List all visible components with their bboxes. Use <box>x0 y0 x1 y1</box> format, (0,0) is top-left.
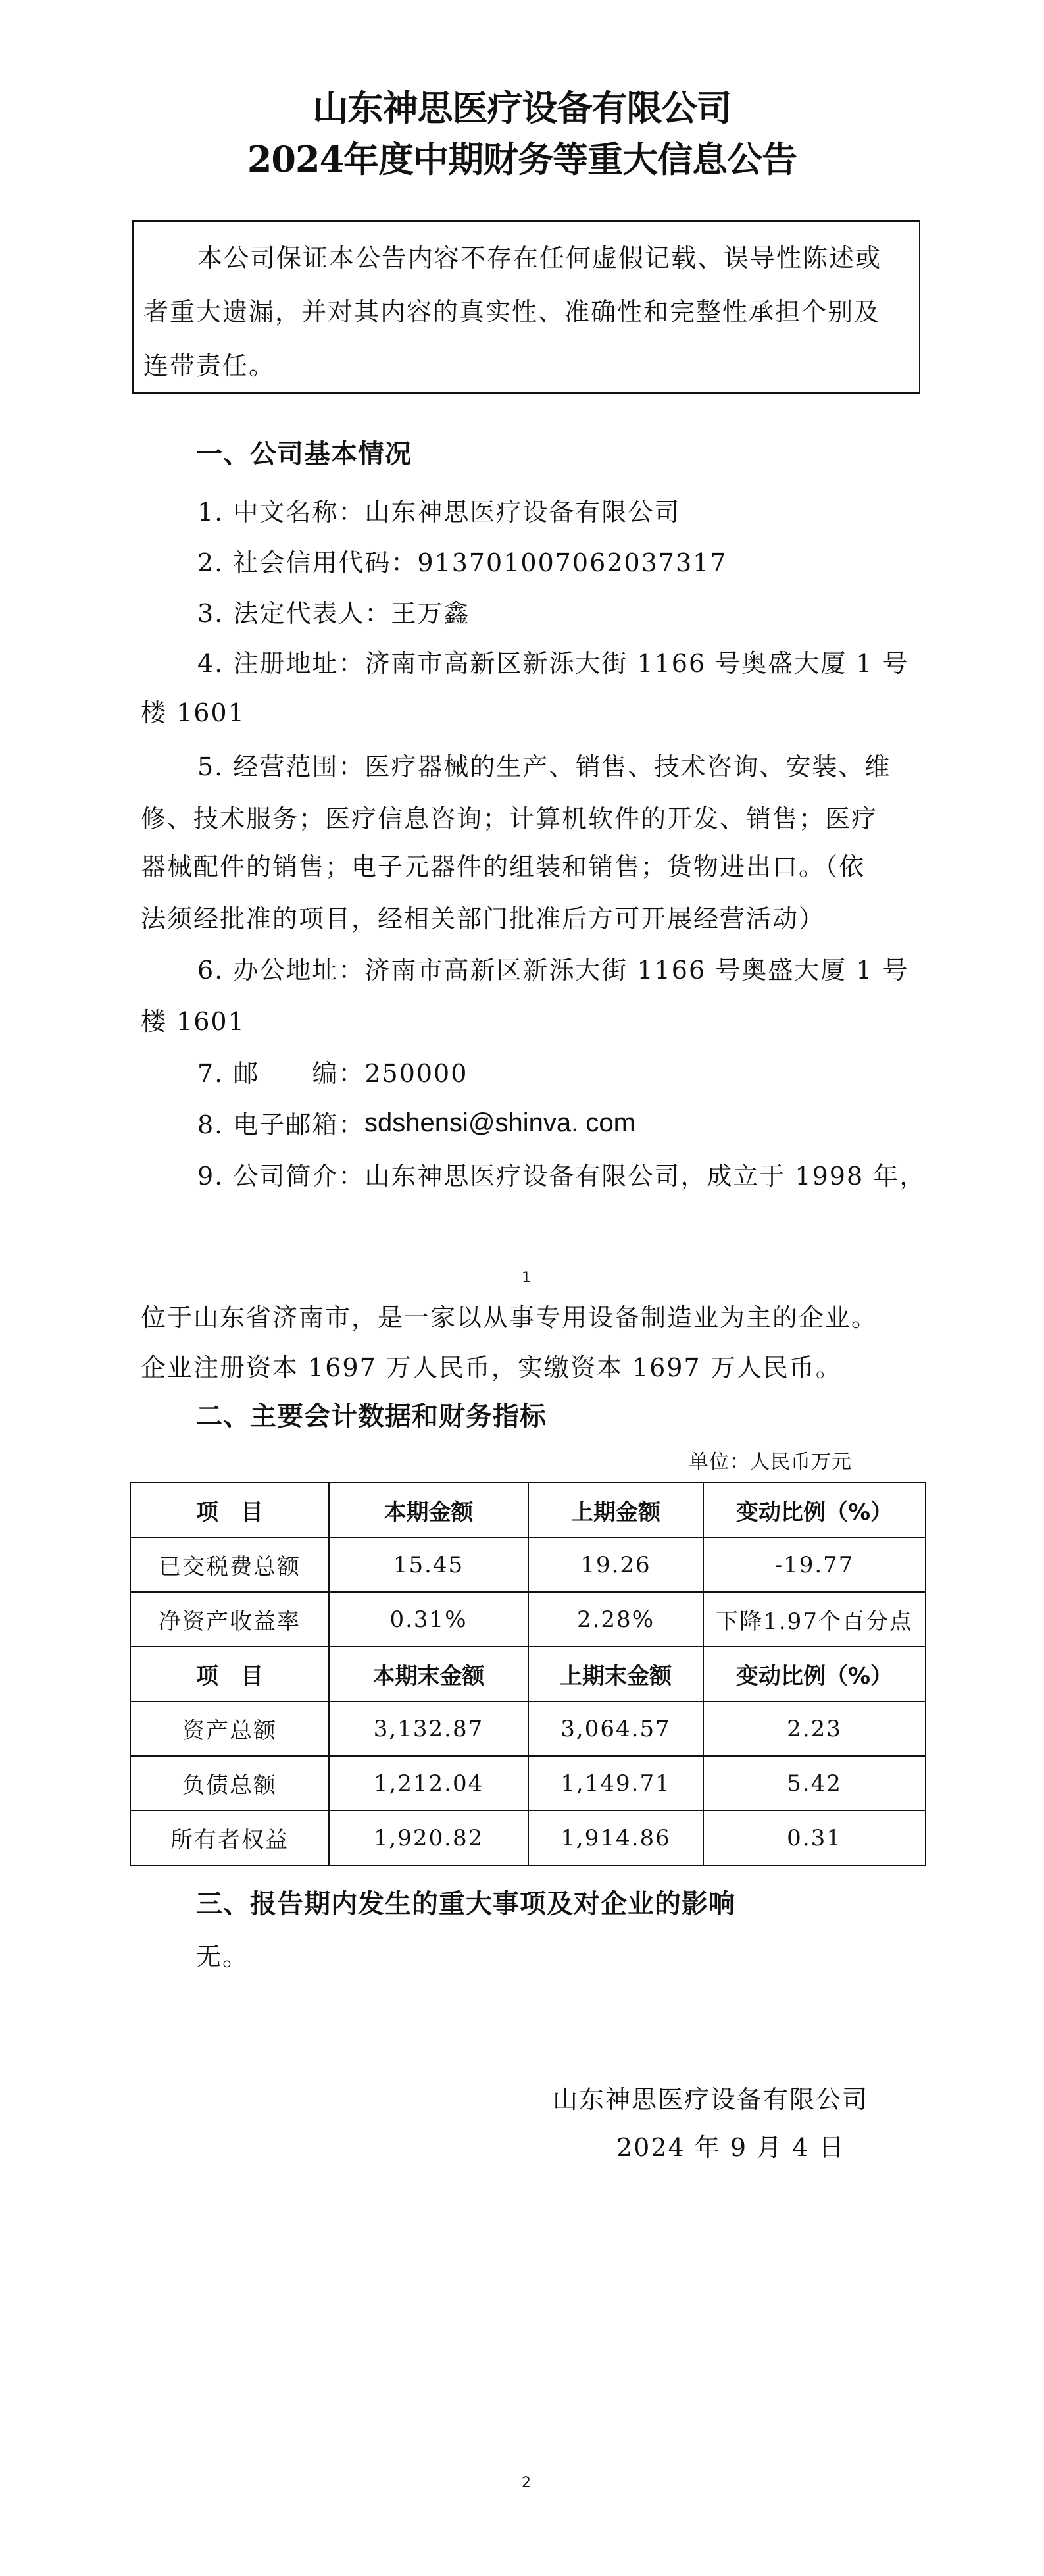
table-cell-change: 下降1.97个百分点 <box>703 1592 926 1647</box>
table-cell-item: 已交税费总额 <box>130 1537 329 1592</box>
currency-unit-label: 单位：人民币万元 <box>689 1451 852 1474</box>
table-cell-previous: 3,064.57 <box>528 1701 703 1756</box>
table-header-change: 变动比例（%） <box>703 1483 926 1537</box>
disclaimer-line-2: 者重大遗漏，并对其内容的真实性、准确性和完整性承担个别及 <box>143 297 880 326</box>
table-cell-previous: 19.26 <box>528 1537 703 1592</box>
page-number-1: 1 <box>513 1270 539 1287</box>
info-company-profile-cont-1: 位于山东省济南市，是一家以从事专用设备制造业为主的企业。 <box>141 1303 878 1332</box>
info-postal-code: 7. 邮 编：250000 <box>197 1059 468 1088</box>
section-1-heading: 一、公司基本情况 <box>196 439 412 469</box>
table-cell-item: 所有者权益 <box>130 1811 329 1865</box>
table-header-item: 项 目 <box>130 1647 329 1701</box>
table-cell-change: -19.77 <box>703 1537 926 1592</box>
table-cell-current: 0.31% <box>329 1592 528 1647</box>
table-cell-item: 资产总额 <box>130 1701 329 1756</box>
signature-company: 山东神思医疗设备有限公司 <box>553 2085 868 2114</box>
info-credit-code: 2. 社会信用代码：913701007062037317 <box>197 548 728 577</box>
info-business-scope-cont-1: 修、技术服务；医疗信息咨询；计算机软件的开发、销售；医疗 <box>141 804 878 833</box>
table-cell-change: 0.31 <box>703 1811 926 1865</box>
table-cell-current: 15.45 <box>329 1537 528 1592</box>
info-legal-rep: 3. 法定代表人：王万鑫 <box>197 599 470 628</box>
info-company-profile-cont-2: 企业注册资本 1697 万人民币，实缴资本 1697 万人民币。 <box>141 1353 842 1382</box>
table-cell-item: 净资产收益率 <box>130 1592 329 1647</box>
document-title-company: 山东神思医疗设备有限公司 <box>0 88 1044 128</box>
section-3-body: 无。 <box>196 1942 249 1971</box>
info-registered-address-cont: 楼 1601 <box>141 698 245 727</box>
table-cell-change: 5.42 <box>703 1756 926 1811</box>
table-row: 已交税费总额 15.45 19.26 -19.77 <box>130 1537 926 1592</box>
info-business-scope-cont-3: 法须经批准的项目，经相关部门批准后方可开展经营活动） <box>141 904 825 933</box>
document-title-announcement: 2024年度中期财务等重大信息公告 <box>0 140 1044 179</box>
info-office-address: 6. 办公地址：济南市高新区新泺大街 1166 号奥盛大厦 1 号 <box>197 956 909 985</box>
disclaimer-line-1: 本公司保证本公告内容不存在任何虚假记载、误导性陈述或 <box>197 244 882 272</box>
info-registered-address: 4. 注册地址：济南市高新区新泺大街 1166 号奥盛大厦 1 号 <box>197 649 909 678</box>
disclaimer-line-3: 连带责任。 <box>143 351 275 380</box>
table-row: 资产总额 3,132.87 3,064.57 2.23 <box>130 1701 926 1756</box>
info-business-scope-cont-2: 器械配件的销售；电子元器件的组装和销售；货物进出口。（依 <box>141 852 865 881</box>
table-header-previous-end: 上期末金额 <box>528 1647 703 1701</box>
section-3-heading: 三、报告期内发生的重大事项及对企业的影响 <box>196 1889 735 1919</box>
table-cell-current: 1,920.82 <box>329 1811 528 1865</box>
table-row: 负债总额 1,212.04 1,149.71 5.42 <box>130 1756 926 1811</box>
table-header-item: 项 目 <box>130 1483 329 1537</box>
info-chinese-name: 1. 中文名称：山东神思医疗设备有限公司 <box>197 498 680 527</box>
page-number-2: 2 <box>513 2475 539 2492</box>
info-company-profile: 9. 公司简介：山东神思医疗设备有限公司，成立于 1998 年， <box>197 1162 926 1191</box>
table-row: 所有者权益 1,920.82 1,914.86 0.31 <box>130 1811 926 1865</box>
table-header-change: 变动比例（%） <box>703 1647 926 1701</box>
table-cell-current: 1,212.04 <box>329 1756 528 1811</box>
info-business-scope: 5. 经营范围：医疗器械的生产、销售、技术咨询、安装、维 <box>197 752 891 781</box>
table-header-row: 项 目 本期金额 上期金额 变动比例（%） <box>130 1483 926 1537</box>
table-header-previous: 上期金额 <box>528 1483 703 1537</box>
table-cell-previous: 1,914.86 <box>528 1811 703 1865</box>
signature-date: 2024 年 9 月 4 日 <box>616 2133 845 2162</box>
financial-table: 项 目 本期金额 上期金额 变动比例（%） 已交税费总额 15.45 19.26… <box>130 1482 926 1866</box>
info-office-address-cont: 楼 1601 <box>141 1007 245 1036</box>
table-cell-change: 2.23 <box>703 1701 926 1756</box>
table-cell-previous: 1,149.71 <box>528 1756 703 1811</box>
table-cell-item: 负债总额 <box>130 1756 329 1811</box>
info-email-label: 8. 电子邮箱： <box>197 1110 364 1139</box>
info-email-value: sdshensi@shinva. com <box>364 1108 635 1138</box>
section-2-heading: 二、主要会计数据和财务指标 <box>196 1401 547 1431</box>
table-row: 净资产收益率 0.31% 2.28% 下降1.97个百分点 <box>130 1592 926 1647</box>
table-cell-previous: 2.28% <box>528 1592 703 1647</box>
table-cell-current: 3,132.87 <box>329 1701 528 1756</box>
table-header-row: 项 目 本期末金额 上期末金额 变动比例（%） <box>130 1647 926 1701</box>
table-header-current: 本期金额 <box>329 1483 528 1537</box>
table-header-current-end: 本期末金额 <box>329 1647 528 1701</box>
